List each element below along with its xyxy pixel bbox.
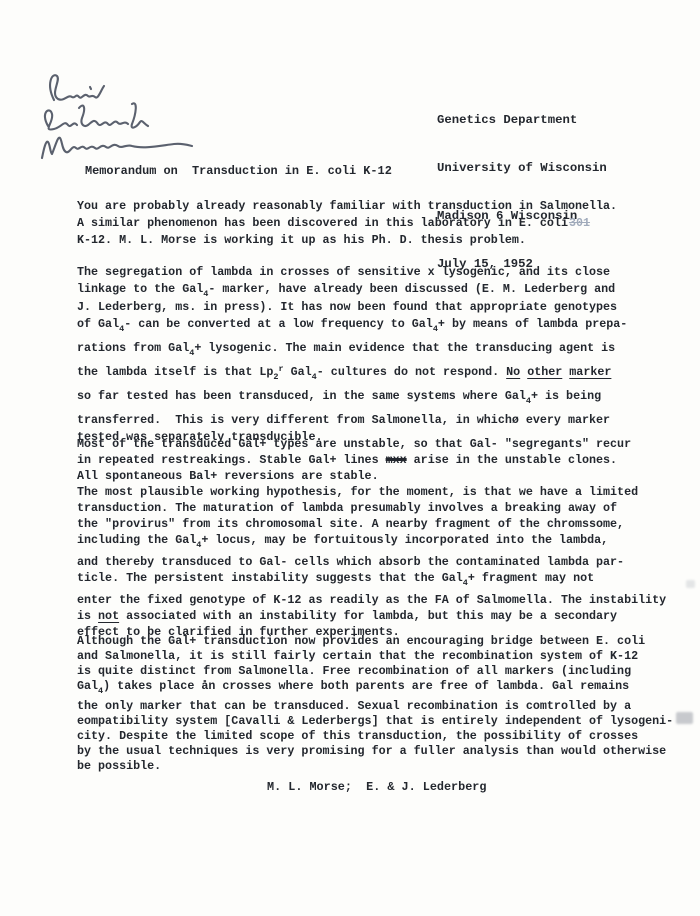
text-segment: the only marker that can be transduced. … (77, 699, 631, 713)
text-segment: by the usual techniques is very promisin… (77, 744, 666, 758)
underlined-text: not (98, 609, 119, 623)
text-line: The segregation of lambda in crosses of … (77, 264, 687, 281)
text-line: the lambda itself is that Lp2r Gal4- cul… (77, 364, 687, 382)
text-segment: of Gal (77, 317, 119, 331)
text-segment: Gal (77, 679, 98, 693)
subscript: 4 (196, 540, 201, 550)
text-line: transferred. This is very different from… (77, 412, 687, 429)
text-line: city. Despite the limited scope of this … (77, 729, 687, 744)
text-segment: The most plausible working hypothesis, f… (77, 485, 638, 499)
subscript: 4 (98, 686, 103, 696)
text-segment: K-12. M. L. Morse is working it up as hi… (77, 233, 526, 247)
text-line: the only marker that can be transduced. … (77, 699, 687, 714)
subscript: 4 (463, 578, 468, 588)
text-segment: be possible. (77, 759, 161, 773)
text-segment: enter the fixed genotype of K-12 as read… (77, 593, 666, 607)
text-line: so far tested has been transduced, in th… (77, 388, 687, 406)
text-segment: + is being (531, 389, 601, 403)
subscript: 4 (203, 289, 208, 299)
text-line: the "provirus" from its chromosomal site… (77, 516, 687, 532)
text-line: eompatibility system [Cavalli & Lederber… (77, 714, 687, 729)
text-line: by the usual techniques is very promisin… (77, 744, 687, 759)
signature-luria (50, 75, 104, 100)
paragraph-4: Although the Gal+ transduction now provi… (77, 634, 687, 774)
text-segment: the "provirus" from its chromosomal site… (77, 517, 624, 531)
text-line: is quite distinct from Salmonella. Free … (77, 664, 687, 679)
text-segment: so far tested has been transduced, in th… (77, 389, 526, 403)
text-line: You are probably already reasonably fami… (77, 198, 687, 215)
text-segment: A similar phenomenon has been discovered… (77, 216, 568, 230)
subscript: 2 (273, 372, 278, 382)
text-segment: transduction. The maturation of lambda p… (77, 501, 617, 515)
paragraph-2: The segregation of lambda in crosses of … (77, 264, 687, 446)
signature-delbruck (45, 103, 148, 129)
text-line: rations from Gal4+ lysogenic. The main e… (77, 340, 687, 358)
text-line: Gal4) takes place ån crosses where both … (77, 679, 687, 695)
text-line: in repeated restreakings. Stable Gal+ li… (77, 452, 687, 468)
text-segment: The segregation of lambda in crosses of … (77, 265, 610, 279)
text-line: linkage to the Gal4- marker, have alread… (77, 281, 687, 299)
text-segment: + by means of lambda prepa- (438, 317, 627, 331)
text-segment: eompatibility system [Cavalli & Lederber… (77, 714, 673, 728)
text-line: including the Gal4+ locus, may be fortui… (77, 532, 687, 549)
underlined-text: other (527, 365, 562, 379)
text-segment: linkage to the Gal (77, 282, 203, 296)
memo-title: Memorandum on Transduction in E. coli K-… (85, 164, 392, 178)
handwritten-signatures (32, 64, 242, 169)
underlined-text: marker (569, 365, 611, 379)
closing-signature-line: M. L. Morse; E. & J. Lederberg (267, 780, 486, 794)
letterhead-line: University of Wisconsin (437, 160, 607, 176)
text-line: J. Lederberg, ms. in press). It has now … (77, 299, 687, 316)
text-segment: + lysogenic. The main evidence that the … (194, 341, 615, 355)
faint-stamp: 301 (569, 216, 590, 230)
text-line: be possible. (77, 759, 687, 774)
text-segment: All spontaneous Bal+ reversions are stab… (77, 469, 379, 483)
ink-smudge (676, 712, 693, 724)
letterhead-line: Genetics Department (437, 112, 607, 128)
text-segment: Although the Gal+ transduction now provi… (77, 634, 645, 648)
text-line: and Salmonella, it is still fairly certa… (77, 649, 687, 664)
text-segment: transferred. This is very different from… (77, 413, 610, 427)
text-segment: city. Despite the limited scope of this … (77, 729, 638, 743)
text-line: is not associated with an instability fo… (77, 608, 687, 624)
subscript: 4 (526, 396, 531, 406)
text-segment: and Salmonella, it is still fairly certa… (77, 649, 638, 663)
text-segment: is (77, 609, 98, 623)
text-segment: + fragment may not (468, 571, 594, 585)
text-segment: You are probably already reasonably fami… (77, 199, 617, 213)
text-line: ticle. The persistent instability sugges… (77, 570, 687, 587)
paragraph-3: Most of the transduced Gal+ types are un… (77, 436, 687, 640)
text-line: Although the Gal+ transduction now provi… (77, 634, 687, 649)
text-segment: ticle. The persistent instability sugges… (77, 571, 463, 585)
text-segment: rations from Gal (77, 341, 189, 355)
text-segment: - can be converted at a low frequency to… (124, 317, 433, 331)
text-segment: Gal (284, 365, 312, 379)
text-line: and thereby transduced to Gal- cells whi… (77, 554, 687, 570)
text-segment: ) takes place ån crosses where both pare… (103, 679, 629, 693)
struck-text: mxx (386, 453, 407, 467)
signature-wollman (42, 138, 192, 158)
text-line: K-12. M. L. Morse is working it up as hi… (77, 232, 687, 249)
text-segment: the lambda itself is that Lp (77, 365, 273, 379)
text-segment: including the Gal (77, 533, 196, 547)
subscript: 4 (312, 372, 317, 382)
text-segment: J. Lederberg, ms. in press). It has now … (77, 300, 617, 314)
text-line: All spontaneous Bal+ reversions are stab… (77, 468, 687, 484)
subscript: 4 (189, 348, 194, 358)
text-segment: - marker, have already been discussed (E… (208, 282, 615, 296)
text-line: transduction. The maturation of lambda p… (77, 500, 687, 516)
text-segment: + locus, may be fortuitously incorporate… (201, 533, 608, 547)
subscript: 4 (433, 324, 438, 334)
paragraph-1: You are probably already reasonably fami… (77, 198, 687, 249)
text-segment: in repeated restreakings. Stable Gal+ li… (77, 453, 386, 467)
document-page: Genetics Department University of Wiscon… (0, 0, 700, 916)
text-segment: associated with an instability for lambd… (119, 609, 617, 623)
text-line: of Gal4- can be converted at a low frequ… (77, 316, 687, 334)
text-line: enter the fixed genotype of K-12 as read… (77, 592, 687, 608)
underlined-text: No (506, 365, 520, 379)
text-segment: is quite distinct from Salmonella. Free … (77, 664, 631, 678)
text-line: Most of the transduced Gal+ types are un… (77, 436, 687, 452)
ink-smudge (686, 580, 695, 588)
text-segment: Most of the transduced Gal+ types are un… (77, 437, 631, 451)
superscript: r (279, 364, 284, 374)
text-segment: - cultures do not respond. (317, 365, 506, 379)
text-segment: and thereby transduced to Gal- cells whi… (77, 555, 624, 569)
subscript: 4 (119, 324, 124, 334)
text-segment: arise in the unstable clones. (407, 453, 617, 467)
text-line: A similar phenomenon has been discovered… (77, 215, 687, 232)
text-line: The most plausible working hypothesis, f… (77, 484, 687, 500)
